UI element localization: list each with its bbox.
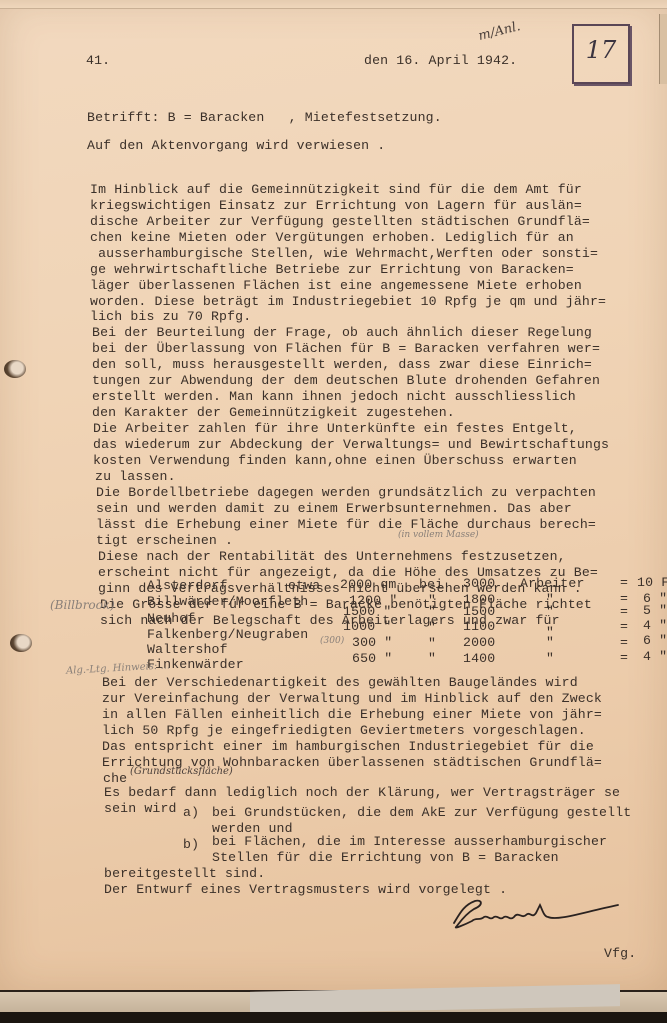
equals-sign: =	[620, 619, 628, 635]
worker-count: 3000	[463, 576, 495, 592]
bei-label: "	[428, 651, 436, 667]
punch-hole-icon	[4, 360, 26, 378]
text-line: Diese nach der Rentabilität des Unterneh…	[98, 549, 566, 565]
text-line: läger überlassenen Flächen ist eine ange…	[90, 278, 582, 294]
text-line: Es bedarf dann lediglich noch der Klärun…	[104, 785, 620, 801]
result-value: 10 Fr	[637, 575, 667, 591]
text-line: Stellen für die Errichtung von B = Barac…	[212, 850, 559, 866]
text-line: bei Grundstücken, die dem AkE zur Verfüg…	[212, 805, 631, 821]
page-top-edge	[0, 0, 667, 9]
text-line: tigt erscheinen .	[96, 533, 233, 549]
text-line: ge wehrwirtschaftliche Betriebe zur Erri…	[90, 262, 574, 278]
text-line: Bei der Verschiedenartigkeit des gewählt…	[102, 675, 578, 691]
text-line: Die Arbeiter zahlen für ihre Unterkünfte…	[93, 421, 577, 437]
text-line: Der Entwurf eines Vertragsmusters wird v…	[104, 882, 507, 898]
text-line: den soll, muss herausgestellt werden, da…	[92, 357, 592, 373]
stamp-page-number: 17	[574, 36, 628, 64]
adjacent-sheet-edge	[659, 14, 667, 84]
bei-label: "	[428, 636, 436, 652]
result-value: 4 "	[643, 649, 667, 665]
document-date: den 16. April 1942.	[364, 53, 517, 69]
bei-label: "	[428, 620, 436, 636]
equals-sign: =	[620, 575, 628, 591]
list-marker: b)	[183, 837, 199, 853]
text-line: bereitgestellt sind.	[104, 866, 265, 882]
place-name: Neuhof	[147, 611, 195, 627]
worker-count: 2000	[463, 635, 495, 651]
place-name: Waltershof	[147, 642, 228, 658]
text-line: lich bis zu 70 Rpfg.	[90, 309, 251, 325]
text-line: dische Arbeiter zur Verfügung gestellten…	[90, 214, 590, 230]
text-line: den Karakter der Gemeinnützigkeit zugest…	[92, 405, 455, 421]
equals-sign: =	[620, 604, 628, 620]
list-marker: a)	[183, 805, 199, 821]
handwritten-inline-note: (300)	[320, 636, 344, 646]
text-line: kriegswichtigen Einsatz zur Errichtung v…	[90, 198, 582, 214]
signature-icon	[450, 895, 630, 935]
text-line: Im Hinblick auf die Gemeinnützigkeit sin…	[90, 182, 582, 198]
text-line: sein wird	[104, 801, 177, 817]
worker-count: 1100	[463, 619, 495, 635]
bei-label: bei	[419, 577, 443, 593]
text-line: bei Flächen, die im Interesse ausserhamb…	[212, 834, 607, 850]
handwritten-margin-note: (Billbrook)	[50, 598, 115, 612]
area-value: 1000 "	[343, 619, 391, 635]
text-line: worden. Diese beträgt im Industriegebiet…	[90, 294, 606, 310]
area-prefix: etwa	[288, 578, 320, 594]
area-value: 650 "	[352, 651, 392, 667]
text-line: lich 50 Rpfg je eingefriedigten Geviertm…	[102, 723, 586, 739]
text-line: ausserhamburgische Stellen, wie Wehrmach…	[90, 246, 598, 262]
worker-count: 1400	[463, 651, 495, 667]
area-value: 300 "	[352, 635, 392, 651]
text-line: tungen zur Abwendung der dem deutschen B…	[92, 373, 600, 389]
text-line: chen keine Mieten oder Vergütungen erhob…	[90, 230, 574, 246]
worker-unit: "	[546, 604, 554, 620]
reference-line: Auf den Aktenvorgang wird verwiesen .	[87, 138, 385, 154]
document-number: 41.	[86, 53, 110, 69]
place-name: Falkenberg/Neugraben	[147, 627, 308, 643]
text-line: lässt die Erhebung einer Miete für die F…	[96, 517, 596, 533]
handwritten-inline-note: (Grundstücksfläche)	[130, 766, 233, 777]
area-value: 2000 qm	[340, 577, 396, 593]
equals-sign: =	[620, 635, 628, 651]
result-value: 5 "	[643, 603, 667, 619]
result-value: 4 "	[643, 618, 667, 634]
worker-unit: "	[546, 651, 554, 667]
vfg-label: Vfg.	[604, 946, 636, 962]
punch-hole-icon	[10, 634, 32, 652]
text-line: das wiederum zur Abdeckung der Verwaltun…	[93, 437, 609, 453]
text-line: in allen Fällen einheitlich die Erhebung…	[102, 707, 602, 723]
area-value: 1500 "	[343, 604, 391, 620]
background-shadow	[0, 1012, 667, 1023]
text-line: zur Vereinfachung der Verwaltung und im …	[102, 691, 602, 707]
text-line: zu lassen.	[95, 469, 176, 485]
worker-unit: "	[546, 635, 554, 651]
subject-line: Betrifft: B = Baracken , Mietefestsetzun…	[87, 110, 442, 126]
place-name: Alsterdorf	[147, 578, 228, 594]
text-line: Die Bordellbetriebe dagegen werden grund…	[96, 485, 596, 501]
document-page: 41. den 16. April 1942. m/Anl. 17 Betrif…	[0, 0, 667, 990]
equals-sign: =	[620, 650, 628, 666]
text-line: sein und werden damit zu einem Erwerbsun…	[96, 501, 572, 517]
text-line: bei der Überlassung von Flächen für B = …	[92, 341, 600, 357]
worker-count: 1500	[463, 604, 495, 620]
text-line: erstellt werden. Man kann ihnen jedoch n…	[92, 389, 576, 405]
place-name: Billwärder/Moorfleth	[147, 594, 308, 610]
handwritten-inline-note: (in vollem Masse)	[398, 530, 479, 540]
bei-label: "	[428, 604, 436, 620]
page-number-stamp: 17	[572, 24, 630, 84]
text-line: Das entspricht einer im hamburgischen In…	[102, 739, 594, 755]
text-line: kosten Verwendung finden kann,ohne einen…	[93, 453, 577, 469]
handwritten-annotation: m/Anl.	[477, 19, 522, 44]
worker-unit: Arbeiter	[520, 576, 585, 592]
text-line: Bei der Beurteilung der Frage, ob auch ä…	[92, 325, 592, 341]
result-value: 6 "	[643, 633, 667, 649]
